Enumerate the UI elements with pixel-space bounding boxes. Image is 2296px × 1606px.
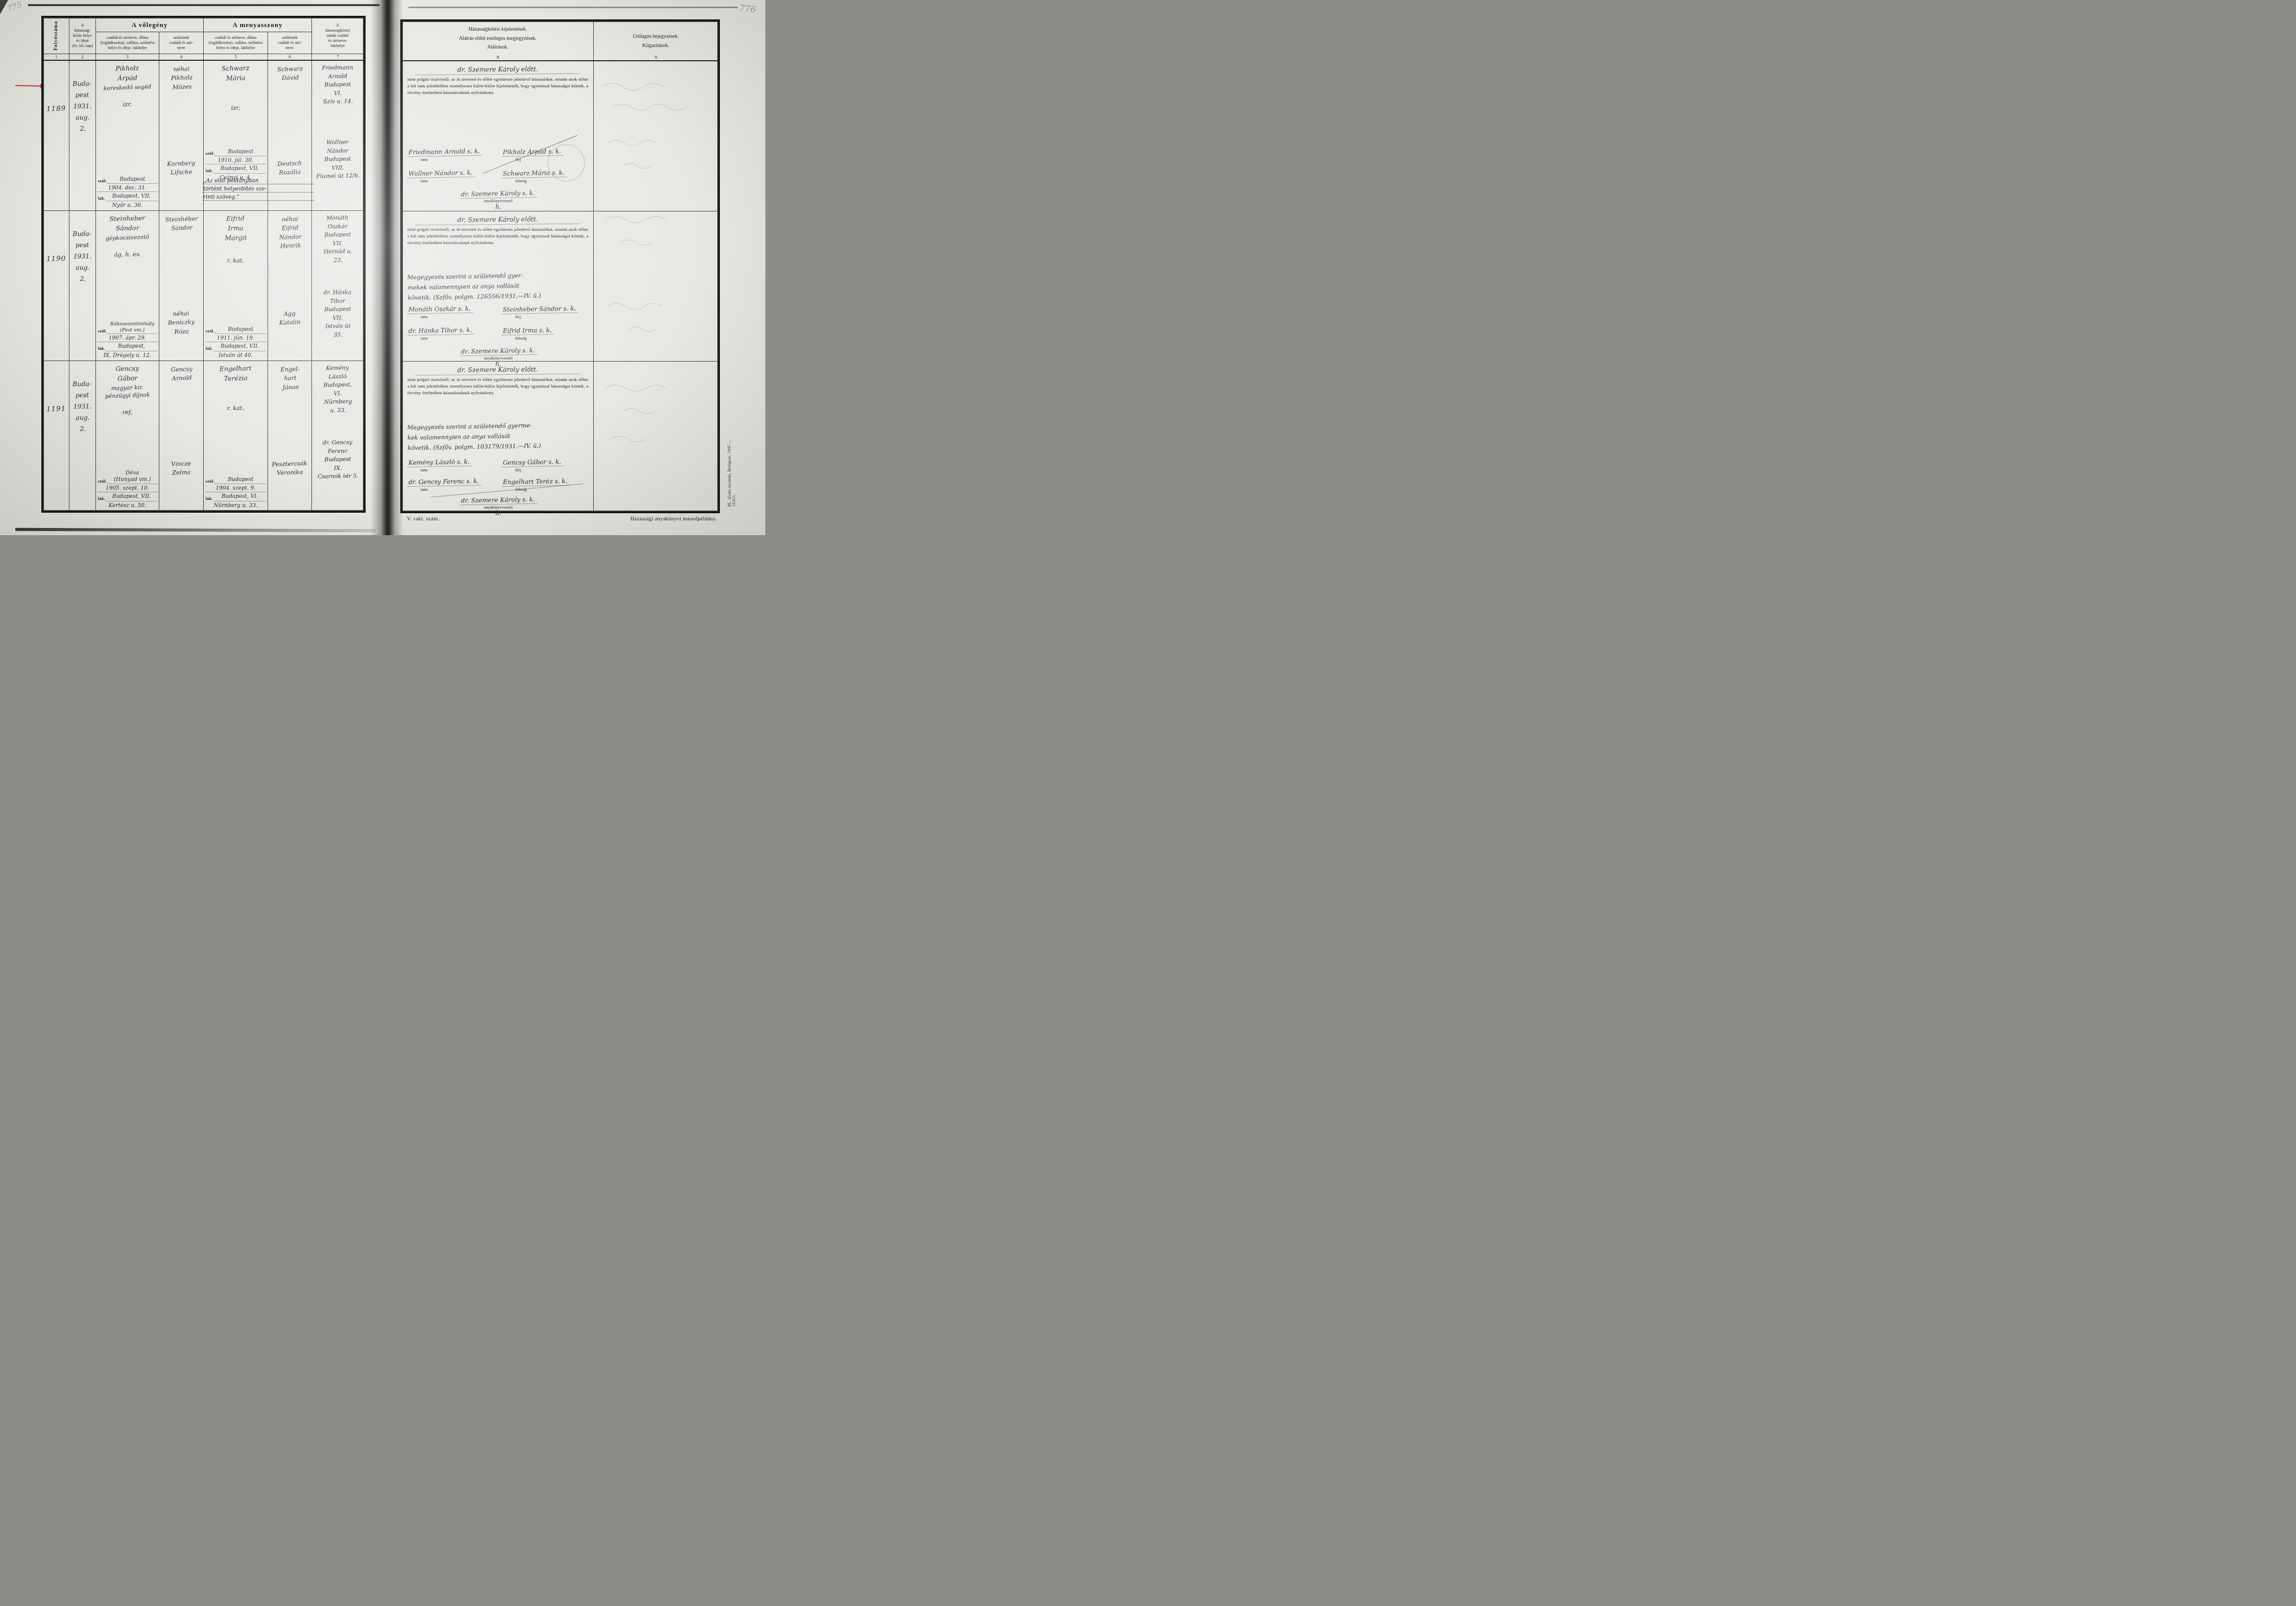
bride-father: Engel- hart János — [270, 364, 311, 392]
declaration-text: mint polgári tisztviselő, az itt nevezet… — [402, 226, 593, 246]
groom-religion: ág. h. ev. — [96, 250, 159, 258]
col-number: 4 — [159, 54, 204, 60]
cell-place-date: Buda- pest 1931. aug. 2. — [69, 361, 96, 511]
witness-label: tanu — [421, 468, 495, 472]
witness-label: tanu — [421, 336, 495, 341]
signature-block: Monáth Oszkár s. k.tanu Steinheber Sándo… — [407, 304, 589, 368]
groom-religion: izr. — [96, 100, 159, 108]
registrar-suffix: h. — [407, 510, 589, 517]
bride-birth-date: 1911. jún. 19. — [205, 335, 266, 342]
col-header-declarations: Házasságkötési kijelentések. Aláírás elő… — [402, 21, 594, 61]
bride-religion: r. kat. — [204, 404, 268, 412]
cell-declaration: dr. Szemere Károly előtt. mint polgári t… — [402, 211, 594, 362]
cell-later-entries — [594, 362, 718, 512]
husband-signature: Steinheber Sándor s. k. — [502, 305, 578, 315]
registrar-label: anyakönyvvezető — [407, 505, 589, 510]
cell-groom-parents: Gencsy Arnold Vincze Zelma — [159, 361, 204, 511]
groom-father: néhai Pikholz Mózes — [161, 64, 203, 92]
entry-serial-number: 1191 — [43, 404, 69, 414]
bride-father: Schwarz Dávid — [270, 64, 310, 83]
witness-2: Wollner Nándor Budapest VIII. Fiumei út … — [312, 138, 362, 181]
cell-bride: Eifrid Irma Margit r. kat. szül.Budapest… — [204, 210, 268, 361]
witness1-signature: Kemény László s. k. — [407, 458, 472, 467]
cell-groom: Steinheber Sándor gépkocsivezető ág. h. … — [96, 210, 159, 361]
bride-name: Engelhart Terézia — [204, 363, 268, 384]
registrar-label: anyakönyvvezető — [407, 356, 589, 361]
cell-groom-parents: néhai Pikholz Mózes Kornberg Lifsche — [159, 60, 204, 211]
cell-place-date: Buda- pest 1931. aug. 2. — [69, 210, 96, 361]
registrar-signature: dr. Szemere Károly s. k. — [460, 189, 537, 199]
husband-signature: Gencsy Gábor s. k. — [502, 458, 563, 467]
bride-birth-place: Budapest — [215, 326, 266, 334]
groom-occupation: gépkocsivezető — [96, 233, 159, 243]
bride-birth-place: Budapest — [215, 476, 266, 484]
cell-groom: Pikholz Árpád kereskedő segéd izr. szül.… — [96, 60, 159, 211]
husband-label: férj — [515, 468, 589, 472]
cell-bride-parents: néhai Eifrid Nándor Henrik Agg Katalin — [268, 210, 312, 361]
witness-label: tanu — [421, 157, 495, 162]
marriage-place-date: Buda- pest 1931. aug. 2. — [69, 78, 96, 134]
szul-label: szül. — [205, 329, 215, 334]
lak-label: lak. — [98, 196, 106, 201]
registry-table-right: Házasságkötési kijelentések. Aláírás elő… — [402, 21, 718, 512]
group-header-groom: A vőlegény — [96, 18, 204, 32]
officiant-name-line: dr. Szemere Károly előtt. — [416, 365, 580, 376]
groom-religion: ref. — [96, 408, 159, 416]
entry-serial-number: 1190 — [43, 254, 69, 263]
registry-table-left: Folyószáma A házasság- kötés helye és id… — [43, 17, 364, 511]
red-arrow-annotation — [15, 85, 41, 87]
groom-occupation: kereskedő segéd — [96, 83, 159, 93]
groom-name: Steinheber Sándor — [96, 213, 159, 234]
groom-father: Steinhéber Sándor — [161, 214, 202, 233]
page-fold-gutter — [371, 0, 403, 535]
groom-mother: Vincze Zelma — [160, 459, 202, 477]
bride-name: Eifrid Irma Margit — [203, 213, 268, 244]
bride-birth-residence: szül.Budapest 1910. júl. 30. lak.Budapes… — [205, 148, 266, 180]
groom-residence: Budapest, VII. — [106, 493, 157, 501]
groom-birth-date: 1907. ápr. 29. — [98, 335, 157, 342]
cell-groom: Gencsy Gábor magyar kir. pénzügyi díjnok… — [96, 361, 159, 511]
groom-birth-date: 1904. dec. 31. — [98, 185, 157, 192]
groom-mother: néhai Beniczky Róza — [160, 308, 203, 337]
declaration-text: mint polgári tisztviselő, az itt nevezet… — [402, 376, 593, 396]
col-number: 7 — [312, 54, 364, 60]
bride-father: néhai Eifrid Nándor Henrik — [270, 214, 311, 251]
registrar-signature: dr. Szemere Károly s. k. — [460, 496, 537, 506]
officiant-name-line: dr. Szemere Károly előtt. — [416, 65, 580, 76]
printer-imprint: M., állami nyomda, Budapest, 1947.—10.61… — [727, 430, 736, 507]
bride-religion: izr. — [204, 104, 268, 112]
husband-label: férj — [515, 315, 589, 319]
szul-label: szül. — [98, 179, 107, 184]
marriage-place-date: Buda- pest 1931. aug. 2. — [69, 228, 96, 284]
scan-edge-top-left-page — [28, 4, 379, 6]
szul-label: szül. — [98, 329, 107, 334]
witness2-signature: Wollner Nándor s. k. — [407, 169, 475, 178]
witness2-signature: dr. Hánka Tibor s. k. — [407, 326, 474, 335]
group-header-bride: A menyasszony — [204, 18, 312, 32]
col-header-bride-parents: szüleinek családi és utó- neve — [268, 32, 312, 54]
groom-residence-street: Kertész u. 50. — [98, 502, 157, 509]
right-page-table: Házasságkötési kijelentések. Aláírás elő… — [400, 19, 720, 513]
cell-declaration: dr. Szemere Károly előtt. mint polgári t… — [402, 61, 594, 211]
correction-note: „Az első példányban történt helyesbítés … — [202, 177, 315, 201]
col-header-later-entries: Utólagos bejegyzések. Kiigazitások. 9 — [594, 21, 718, 61]
groom-father: Gencsy Arnold — [161, 364, 202, 383]
witness-1: Friedmann Arnold Budapest VI. Szív u. 14… — [312, 63, 362, 106]
wife-label: feleség — [515, 336, 589, 341]
col-header-groom-details: családi és utóneve, állása (foglalkozása… — [96, 32, 159, 54]
groom-occupation: magyar kir. pénzügyi díjnok — [96, 383, 159, 401]
witness1-signature: Friedmann Arnold s. k. — [407, 148, 482, 157]
groom-name: Pikholz Árpád — [96, 63, 159, 84]
bride-residence: Budapest, VII. — [213, 165, 266, 173]
groom-birth-place: Budapest — [107, 176, 157, 184]
left-page-table: Folyószáma A házasság- kötés helye és id… — [41, 16, 366, 513]
pencil-page-number-left: 775 — [6, 0, 23, 13]
groom-residence: Budapest, VII. — [106, 193, 157, 201]
bride-mother: Agg Katalin — [269, 308, 310, 327]
groom-birth-date: 1905. szept. 10. — [98, 485, 157, 492]
scanned-marriage-registry-spread: 775 776 Folyószáma A házasság- kötés hel… — [0, 0, 765, 535]
cell-serial: 1189 — [43, 60, 69, 211]
lak-label: lak. — [205, 169, 213, 174]
bride-mother: Deutsch Rozália — [269, 158, 310, 177]
wife-label: feleség — [515, 179, 589, 183]
marriage-place-date: Buda- pest 1931. aug. 2. — [69, 378, 96, 434]
witness-2: dr. Gencsy Ferenc Budapest IX. Csarnok t… — [312, 438, 362, 481]
religion-agreement-note: Megegyezés szerint a születendő gyerme- … — [407, 419, 590, 453]
groom-residence: Budapest, — [106, 343, 157, 351]
col-number: 5 — [204, 54, 268, 60]
lak-label: lak. — [98, 346, 106, 351]
pencil-page-number-right: 776 — [739, 3, 757, 15]
witness-1: Monáth Oszkár Budapest VII. Hernád u. 23… — [312, 213, 363, 265]
cell-serial: 1190 — [43, 210, 69, 361]
witness1-signature: Monáth Oszkár s. k. — [407, 305, 473, 314]
witness-label: tanu — [421, 487, 495, 492]
registrar-suffix: h. — [407, 203, 589, 210]
cell-later-entries — [594, 61, 718, 211]
scan-edge-top-right-page — [408, 7, 738, 8]
groom-birth-place: Déva (Hunyad vm.) — [107, 470, 157, 484]
col-number: 3 — [96, 54, 159, 60]
groom-name: Gencsy Gábor — [96, 363, 159, 384]
cell-witnesses: Monáth Oszkár Budapest VII. Hernád u. 23… — [312, 210, 364, 361]
witness-label: tanu — [421, 179, 495, 183]
groom-residence-street: IX. Drégely u. 12. — [98, 352, 157, 358]
bride-mother: Pesztercsák Veronika — [269, 459, 310, 477]
registrar-label: anyakönyvvezető — [407, 199, 589, 203]
bride-residence: Budapest, VII. — [213, 343, 266, 351]
bride-birth-place: Budapest — [215, 149, 266, 156]
duplicate-copy-label: Házassági anyakönyvi másodpéldány. — [577, 516, 717, 522]
col-header-place-date: A házasság- kötés helye és ideje (év, hó… — [69, 18, 96, 54]
groom-birth-residence: szül.Rákosszentmihály (Pest vm.) 1907. á… — [98, 320, 157, 358]
witness-2: dr. Hánka Tibor Budapest VII. István út … — [312, 288, 363, 340]
cell-witnesses: Friedmann Arnold Budapest VI. Szív u. 14… — [312, 60, 364, 211]
szul-label: szül. — [205, 479, 215, 484]
groom-birth-residence: szül.Budapest 1904. dec. 31. lak.Budapes… — [98, 175, 157, 208]
cell-groom-parents: Steinhéber Sándor néhai Beniczky Róza — [159, 210, 204, 361]
cell-bride: Engelhart Terézia r. kat. szül.Budapest … — [204, 361, 268, 511]
col-number: 8 — [402, 55, 593, 60]
registrar-signature: dr. Szemere Károly s. k. — [460, 347, 537, 356]
bride-name: Schwarz Mária — [204, 63, 268, 84]
cell-bride-parents: Engel- hart János Pesztercsák Veronika — [268, 361, 312, 511]
scan-edge-bottom — [15, 528, 376, 532]
col-header-bride-details: családi és utóneve, állása (foglalkozása… — [204, 32, 268, 54]
officiant-name-line: dr. Szemere Károly előtt. — [416, 215, 580, 226]
cell-serial: 1191 — [43, 361, 69, 511]
col-number: 9 — [594, 55, 718, 60]
szul-label: szül. — [98, 479, 107, 484]
bride-birth-date: 1910. júl. 30. — [205, 157, 266, 164]
col-header-witnesses: A házasságkötési tanuk családi és utónev… — [312, 18, 364, 54]
bride-residence-street: István út 40. — [205, 352, 266, 358]
bride-birth-residence: szül.Budapest 1904. szept. 9. lak.Budape… — [205, 475, 266, 508]
witness-1: Kemény László Budapest, VI. Nürnberg u. … — [312, 364, 363, 415]
bride-residence-street: Nürnberg u. 33. — [205, 502, 266, 509]
witness2-signature: dr. Gencsy Ferenc s. k. — [407, 477, 481, 487]
wife-signature: Eifrid Irma s. k. — [502, 326, 554, 335]
groom-birth-place: Rákosszentmihály (Pest vm.) — [107, 321, 157, 334]
bride-birth-residence: szül.Budapest 1911. jún. 19. lak.Budapes… — [205, 325, 266, 358]
cell-later-entries — [594, 211, 718, 362]
cell-declaration: dr. Szemere Károly előtt. mint polgári t… — [402, 362, 594, 512]
bride-birth-date: 1904. szept. 9. — [205, 485, 266, 492]
col-number: 6 — [268, 54, 312, 60]
wife-signature: Engelhart Teréz s. k. — [502, 477, 570, 487]
bride-residence: Budapest, VI. — [213, 493, 266, 501]
entry-serial-number: 1189 — [43, 104, 69, 113]
col-number: 2 — [69, 54, 96, 60]
lak-label: lak. — [205, 346, 213, 351]
groom-birth-residence: szül.Déva (Hunyad vm.) 1905. szept. 10. … — [98, 469, 157, 508]
declaration-text: mint polgári tisztviselő, az itt nevezet… — [402, 76, 593, 96]
groom-mother: Kornberg Lifsche — [160, 158, 202, 177]
lak-label: lak. — [205, 496, 213, 501]
col-header-serial: Folyószáma — [43, 18, 69, 54]
cell-place-date: Buda- pest 1931. aug. 2. — [69, 60, 96, 211]
wife-label: feleség — [515, 487, 589, 492]
col-header-groom-parents: szüleinek családi és utó- neve — [159, 32, 204, 54]
col-number: 1 — [43, 54, 69, 60]
lak-label: lak. — [98, 496, 106, 501]
groom-residence-street: Nyár u. 36. — [98, 202, 157, 208]
bride-religion: r. kat. — [204, 256, 268, 265]
storage-number-label: V. rakt. szám. — [407, 516, 440, 522]
witness-label: tanu — [421, 315, 495, 319]
religion-agreement-note: Megegyezés szerint a születendő gyer- me… — [407, 269, 590, 303]
signature-block: Kemény László s. k.tanu Gencsy Gábor s. … — [407, 458, 589, 517]
szul-label: szül. — [205, 151, 215, 156]
cell-witnesses: Kemény László Budapest, VI. Nürnberg u. … — [312, 361, 364, 511]
